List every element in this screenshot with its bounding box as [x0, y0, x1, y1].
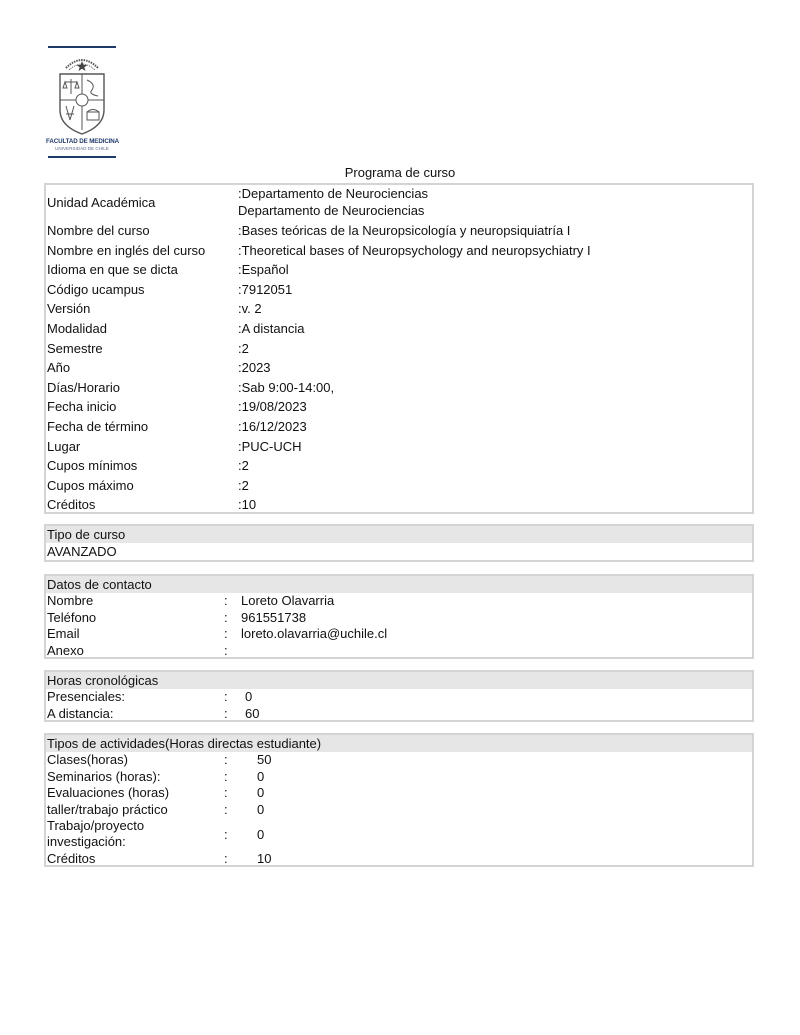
field-value: :Sab 9:00-14:00,	[238, 378, 752, 398]
field-value: 10	[241, 851, 752, 868]
field-value: :PUC-UCH	[238, 437, 752, 457]
university-name: UNIVERSIDAD DE CHILE	[46, 146, 118, 151]
field-value: Loreto Olavarria	[241, 593, 752, 610]
field-label: Nombre	[46, 593, 224, 610]
field-value: 0	[241, 818, 752, 851]
field-value-line: Departamento de Neurociencias	[238, 202, 752, 219]
table-row: Días/Horario:Sab 9:00-14:00,	[46, 378, 752, 398]
field-value: :Español	[238, 260, 752, 280]
table-row: Lugar:PUC-UCH	[46, 437, 752, 457]
activity-row: Seminarios (horas)::0	[46, 769, 752, 786]
field-label: Año	[46, 358, 238, 378]
table-row: Versión:v. 2	[46, 299, 752, 319]
activity-row: Evaluaciones (horas):0	[46, 785, 752, 802]
field-label: Créditos	[46, 495, 238, 515]
contact-row: Teléfono:961551738	[46, 610, 752, 627]
field-label: Presenciales:	[46, 689, 224, 706]
field-value: :Bases teóricas de la Neuropsicología y …	[238, 221, 752, 241]
field-label: Cupos máximo	[46, 476, 238, 496]
field-label: Versión	[46, 299, 238, 319]
field-value: 0	[241, 802, 752, 819]
table-row: Nombre en inglés del curso:Theoretical b…	[46, 241, 752, 261]
hours-row: A distancia::60	[46, 706, 752, 723]
field-label: Unidad Académica	[46, 185, 238, 221]
faculty-name: FACULTAD DE MEDICINA	[46, 138, 118, 145]
field-value-line: :Departamento de Neurociencias	[238, 185, 752, 202]
separator: :	[224, 785, 241, 802]
field-value	[241, 643, 752, 660]
section-heading: Tipo de curso	[46, 526, 752, 543]
separator: :	[224, 752, 241, 769]
page-title: Programa de curso	[0, 165, 800, 180]
general-info-table: Unidad Académica :Departamento de Neuroc…	[44, 183, 754, 514]
table-row: Unidad Académica :Departamento de Neuroc…	[46, 185, 752, 221]
table-row: Cupos máximo:2	[46, 476, 752, 496]
university-crest-icon	[56, 52, 108, 136]
table-row: Fecha de término:16/12/2023	[46, 417, 752, 437]
field-value: :7912051	[238, 280, 752, 300]
field-value: 961551738	[241, 610, 752, 627]
hours-row: Presenciales::0	[46, 689, 752, 706]
field-label: Semestre	[46, 339, 238, 359]
field-label: Seminarios (horas):	[46, 769, 224, 786]
field-label: Créditos	[46, 851, 224, 868]
separator: :	[224, 818, 241, 851]
separator: :	[224, 851, 241, 868]
field-label: Lugar	[46, 437, 238, 457]
field-label: taller/trabajo práctico	[46, 802, 224, 819]
separator: :	[224, 769, 241, 786]
table-row: Modalidad:A distancia	[46, 319, 752, 339]
field-value: :16/12/2023	[238, 417, 752, 437]
separator: :	[224, 802, 241, 819]
field-label: Teléfono	[46, 610, 224, 627]
course-type-value: AVANZADO	[46, 543, 752, 560]
table-row: Créditos:10	[46, 495, 752, 515]
hours-section: Horas cronológicas Presenciales::0 A dis…	[44, 670, 754, 722]
field-label: Modalidad	[46, 319, 238, 339]
field-label: Días/Horario	[46, 378, 238, 398]
activity-row: Trabajo/proyecto investigación::0	[46, 818, 752, 851]
section-heading: Horas cronológicas	[46, 672, 752, 689]
field-value: 0	[241, 689, 752, 706]
contact-section: Datos de contacto Nombre:Loreto Olavarri…	[44, 574, 754, 659]
field-value: :A distancia	[238, 319, 752, 339]
field-value: :v. 2	[238, 299, 752, 319]
field-label: Nombre del curso	[46, 221, 238, 241]
field-value: :10	[238, 495, 752, 515]
contact-row: Email:loreto.olavarria@uchile.cl	[46, 626, 752, 643]
field-label: Idioma en que se dicta	[46, 260, 238, 280]
field-label: Clases(horas)	[46, 752, 224, 769]
table-row: Idioma en que se dicta:Español	[46, 260, 752, 280]
separator: :	[224, 626, 241, 643]
field-label: Cupos mínimos	[46, 456, 238, 476]
field-label: Código ucampus	[46, 280, 238, 300]
activity-row: Créditos:10	[46, 851, 752, 868]
field-value: :2	[238, 456, 752, 476]
field-label: Fecha de término	[46, 417, 238, 437]
field-value: :2023	[238, 358, 752, 378]
field-label: Trabajo/proyecto investigación:	[46, 818, 224, 851]
activities-section: Tipos de actividades(Horas directas estu…	[44, 733, 754, 867]
table-row: Cupos mínimos:2	[46, 456, 752, 476]
separator: :	[224, 610, 241, 627]
field-label: Anexo	[46, 643, 224, 660]
table-row: Semestre:2	[46, 339, 752, 359]
field-label: Evaluaciones (horas)	[46, 785, 224, 802]
field-value: :2	[238, 476, 752, 496]
section-heading: Tipos de actividades(Horas directas estu…	[46, 735, 752, 752]
field-label: Nombre en inglés del curso	[46, 241, 238, 261]
logo-top-bar	[48, 46, 116, 48]
logo-bottom-bar	[48, 156, 116, 158]
field-value: :19/08/2023	[238, 397, 752, 417]
table-row: Fecha inicio:19/08/2023	[46, 397, 752, 417]
field-label: Fecha inicio	[46, 397, 238, 417]
field-label: Email	[46, 626, 224, 643]
separator: :	[224, 593, 241, 610]
field-value: 0	[241, 769, 752, 786]
field-value: :2	[238, 339, 752, 359]
field-label: A distancia:	[46, 706, 224, 723]
section-heading: Datos de contacto	[46, 576, 752, 593]
field-value: 60	[241, 706, 752, 723]
table-row: Nombre del curso:Bases teóricas de la Ne…	[46, 221, 752, 241]
table-row: Año:2023	[46, 358, 752, 378]
field-value: 0	[241, 785, 752, 802]
field-value: :Departamento de Neurociencias Departame…	[238, 185, 752, 221]
activity-row: Clases(horas):50	[46, 752, 752, 769]
faculty-logo: FACULTAD DE MEDICINA UNIVERSIDAD DE CHIL…	[46, 46, 118, 160]
contact-row: Anexo:	[46, 643, 752, 660]
field-value: 50	[241, 752, 752, 769]
activity-row: taller/trabajo práctico:0	[46, 802, 752, 819]
field-value: :Theoretical bases of Neuropsychology an…	[238, 241, 752, 261]
separator: :	[224, 706, 241, 723]
separator: :	[224, 689, 241, 706]
course-type-section: Tipo de curso AVANZADO	[44, 524, 754, 562]
contact-row: Nombre:Loreto Olavarria	[46, 593, 752, 610]
email-value: loreto.olavarria@uchile.cl	[241, 626, 752, 643]
separator: :	[224, 643, 241, 660]
table-row: Código ucampus:7912051	[46, 280, 752, 300]
